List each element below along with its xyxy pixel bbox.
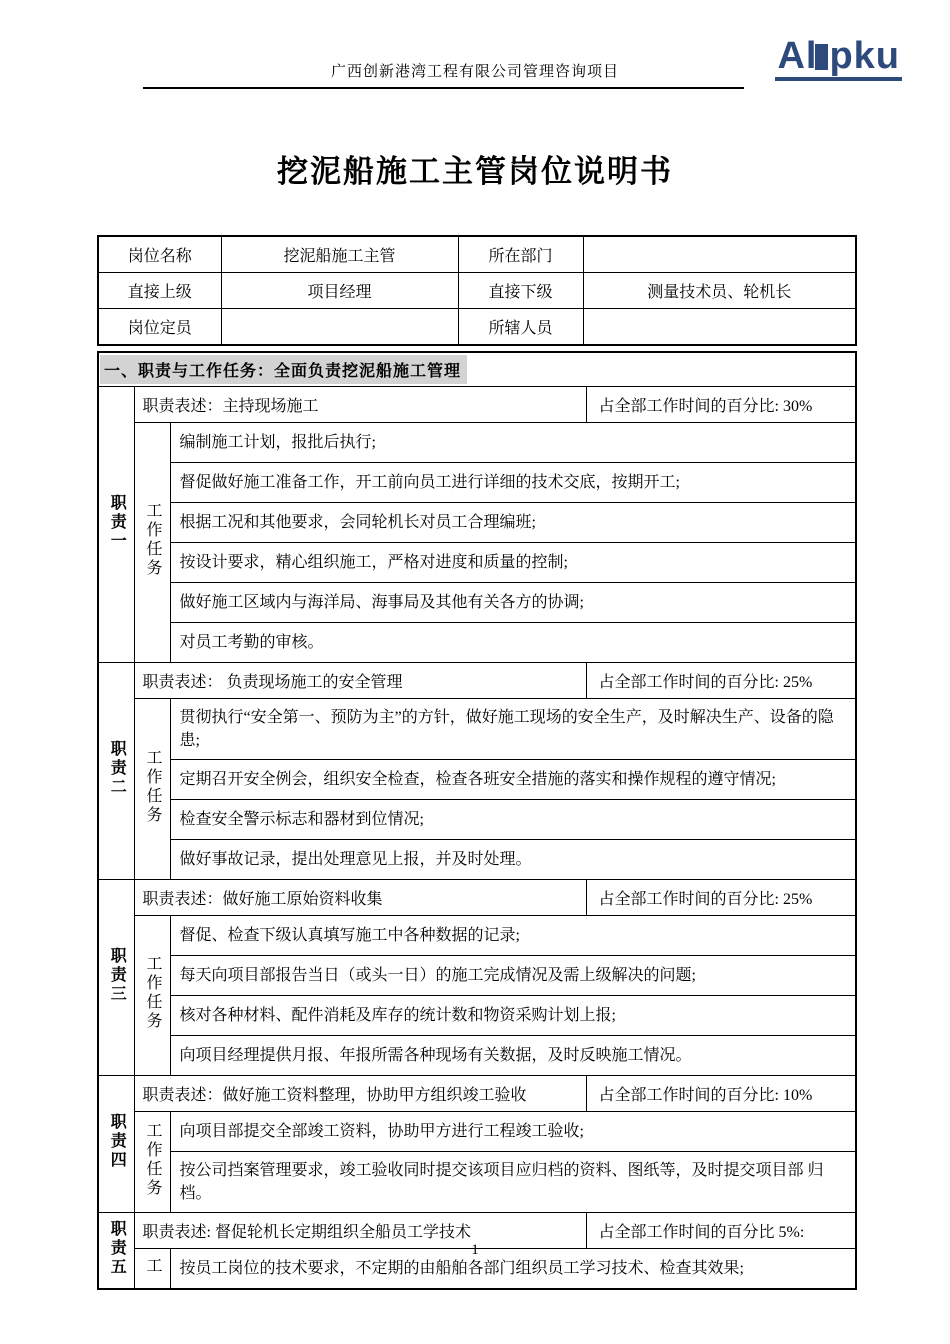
info-label-department: 所在部门	[458, 236, 583, 273]
table-row: 向项目经理提供月报、年报所需各种现场有关数据，及时反映施工情况。	[98, 1036, 856, 1076]
table-row: 核对各种材料、配件消耗及库存的统计数和物资采购计划上报;	[98, 996, 856, 1036]
allpku-logo: Alpku	[775, 36, 902, 81]
duty1-name: 职责一	[98, 387, 134, 663]
duty1-task-4: 按设计要求，精心组织施工，严格对进度和质量的控制;	[170, 543, 856, 583]
duty3-task-1: 督促、检查下级认真填写施工中各种数据的记录;	[170, 916, 856, 956]
logo-text-left: Al	[777, 35, 817, 77]
table-row: 检查安全警示标志和器材到位情况;	[98, 800, 856, 840]
table-row: 做好事故记录，提出处理意见上报，并及时处理。	[98, 840, 856, 880]
info-value-position-name: 挖泥船施工主管	[221, 236, 458, 273]
table-row: 工作任务 贯彻执行“安全第一、预防为主”的方针，做好施工现场的安全生产，及时解决…	[98, 699, 856, 760]
info-label-position-name: 岗位名称	[98, 236, 221, 273]
duty3-description: 职责表述：做好施工原始资料收集	[134, 880, 586, 916]
duty3-task-3: 核对各种材料、配件消耗及库存的统计数和物资采购计划上报;	[170, 996, 856, 1036]
page-title: 挖泥船施工主管岗位说明书	[0, 146, 950, 191]
logo-block-icon	[815, 44, 828, 70]
duty3-task-2: 每天向项目部报告当日（或头一日）的施工完成情况及需上级解决的问题;	[170, 956, 856, 996]
table-row: 做好施工区域内与海洋局、海事局及其他有关各方的协调;	[98, 583, 856, 623]
table-row: 工作任务 编制施工计划，报批后执行;	[98, 423, 856, 463]
section-header-row: 一、职责与工作任务：全面负责挖泥船施工管理	[98, 352, 856, 387]
duty4-task-label: 工作任务	[134, 1112, 170, 1213]
logo-text-right: pku	[829, 35, 900, 77]
table-row: 直接上级 项目经理 直接下级 测量技术员、轮机长	[98, 273, 856, 309]
info-label-subordinate: 直接下级	[458, 273, 583, 309]
section-title: 一、职责与工作任务：全面负责挖泥船施工管理	[100, 355, 467, 384]
table-row: 岗位名称 挖泥船施工主管 所在部门	[98, 236, 856, 273]
info-label-staff: 所辖人员	[458, 309, 583, 346]
duty1-task-6: 对员工考勤的审核。	[170, 623, 856, 663]
section-header-cell: 一、职责与工作任务：全面负责挖泥船施工管理	[98, 352, 856, 387]
info-value-staff	[583, 309, 856, 346]
duty4-task-1: 向项目部提交全部竣工资料，协助甲方进行工程竣工验收;	[170, 1112, 856, 1152]
duty4-percent: 占全部工作时间的百分比: 10%	[586, 1076, 856, 1112]
table-row: 职责四 职责表述：做好施工资料整理，协助甲方组织竣工验收 占全部工作时间的百分比…	[98, 1076, 856, 1112]
duty3-task-4: 向项目经理提供月报、年报所需各种现场有关数据，及时反映施工情况。	[170, 1036, 856, 1076]
table-row: 按公司挡案管理要求，竣工验收同时提交该项目应归档的资料、图纸等，及时提交项目部 …	[98, 1152, 856, 1213]
info-value-headcount	[221, 309, 458, 346]
duty4-description: 职责表述：做好施工资料整理，协助甲方组织竣工验收	[134, 1076, 586, 1112]
duty3-task-label: 工作任务	[134, 916, 170, 1076]
duty2-description: 职责表述： 负责现场施工的安全管理	[134, 663, 586, 699]
table-row: 岗位定员 所辖人员	[98, 309, 856, 346]
duty2-task-3: 检查安全警示标志和器材到位情况;	[170, 800, 856, 840]
table-row: 定期召开安全例会，组织安全检查，检查各班安全措施的落实和操作规程的遵守情况;	[98, 760, 856, 800]
table-row: 职责二 职责表述： 负责现场施工的安全管理 占全部工作时间的百分比: 25%	[98, 663, 856, 699]
table-row: 对员工考勤的审核。	[98, 623, 856, 663]
info-value-department	[583, 236, 856, 273]
duty2-name: 职责二	[98, 663, 134, 880]
position-info-table: 岗位名称 挖泥船施工主管 所在部门 直接上级 项目经理 直接下级 测量技术员、轮…	[97, 235, 857, 346]
duty3-percent: 占全部工作时间的百分比: 25%	[586, 880, 856, 916]
table-row: 按设计要求，精心组织施工，严格对进度和质量的控制;	[98, 543, 856, 583]
table-row: 职责一 职责表述：主持现场施工 占全部工作时间的百分比: 30%	[98, 387, 856, 423]
duty3-name: 职责三	[98, 880, 134, 1076]
duty2-task-2: 定期召开安全例会，组织安全检查，检查各班安全措施的落实和操作规程的遵守情况;	[170, 760, 856, 800]
duty2-task-4: 做好事故记录，提出处理意见上报，并及时处理。	[170, 840, 856, 880]
table-row: 督促做好施工准备工作，开工前向员工进行详细的技术交底，按期开工;	[98, 463, 856, 503]
duty1-description: 职责表述：主持现场施工	[134, 387, 586, 423]
duty2-task-1: 贯彻执行“安全第一、预防为主”的方针，做好施工现场的安全生产，及时解决生产、设备…	[170, 699, 856, 760]
document-page: 广西创新港湾工程有限公司管理咨询项目 Alpku 挖泥船施工主管岗位说明书 岗位…	[0, 0, 950, 1344]
info-label-superior: 直接上级	[98, 273, 221, 309]
duty1-task-label: 工作任务	[134, 423, 170, 663]
duty1-percent: 占全部工作时间的百分比: 30%	[586, 387, 856, 423]
info-label-headcount: 岗位定员	[98, 309, 221, 346]
duty4-task-2: 按公司挡案管理要求，竣工验收同时提交该项目应归档的资料、图纸等，及时提交项目部 …	[170, 1152, 856, 1213]
table-row: 工作任务 督促、检查下级认真填写施工中各种数据的记录;	[98, 916, 856, 956]
table-row: 每天向项目部报告当日（或头一日）的施工完成情况及需上级解决的问题;	[98, 956, 856, 996]
duty1-task-3: 根据工况和其他要求，会同轮机长对员工合理编班;	[170, 503, 856, 543]
table-row: 工作任务 向项目部提交全部竣工资料，协助甲方进行工程竣工验收;	[98, 1112, 856, 1152]
info-value-superior: 项目经理	[221, 273, 458, 309]
duty1-task-2: 督促做好施工准备工作，开工前向员工进行详细的技术交底，按期开工;	[170, 463, 856, 503]
duty2-task-label: 工作任务	[134, 699, 170, 880]
duty4-name: 职责四	[98, 1076, 134, 1213]
duty2-percent: 占全部工作时间的百分比: 25%	[586, 663, 856, 699]
table-row: 根据工况和其他要求，会同轮机长对员工合理编班;	[98, 503, 856, 543]
header-divider	[143, 87, 744, 89]
duty1-task-5: 做好施工区域内与海洋局、海事局及其他有关各方的协调;	[170, 583, 856, 623]
table-row: 职责三 职责表述：做好施工原始资料收集 占全部工作时间的百分比: 25%	[98, 880, 856, 916]
page-number: 1	[0, 1242, 950, 1259]
duties-table: 一、职责与工作任务：全面负责挖泥船施工管理 职责一 职责表述：主持现场施工 占全…	[97, 351, 857, 1290]
duty1-task-1: 编制施工计划，报批后执行;	[170, 423, 856, 463]
info-value-subordinate: 测量技术员、轮机长	[583, 273, 856, 309]
